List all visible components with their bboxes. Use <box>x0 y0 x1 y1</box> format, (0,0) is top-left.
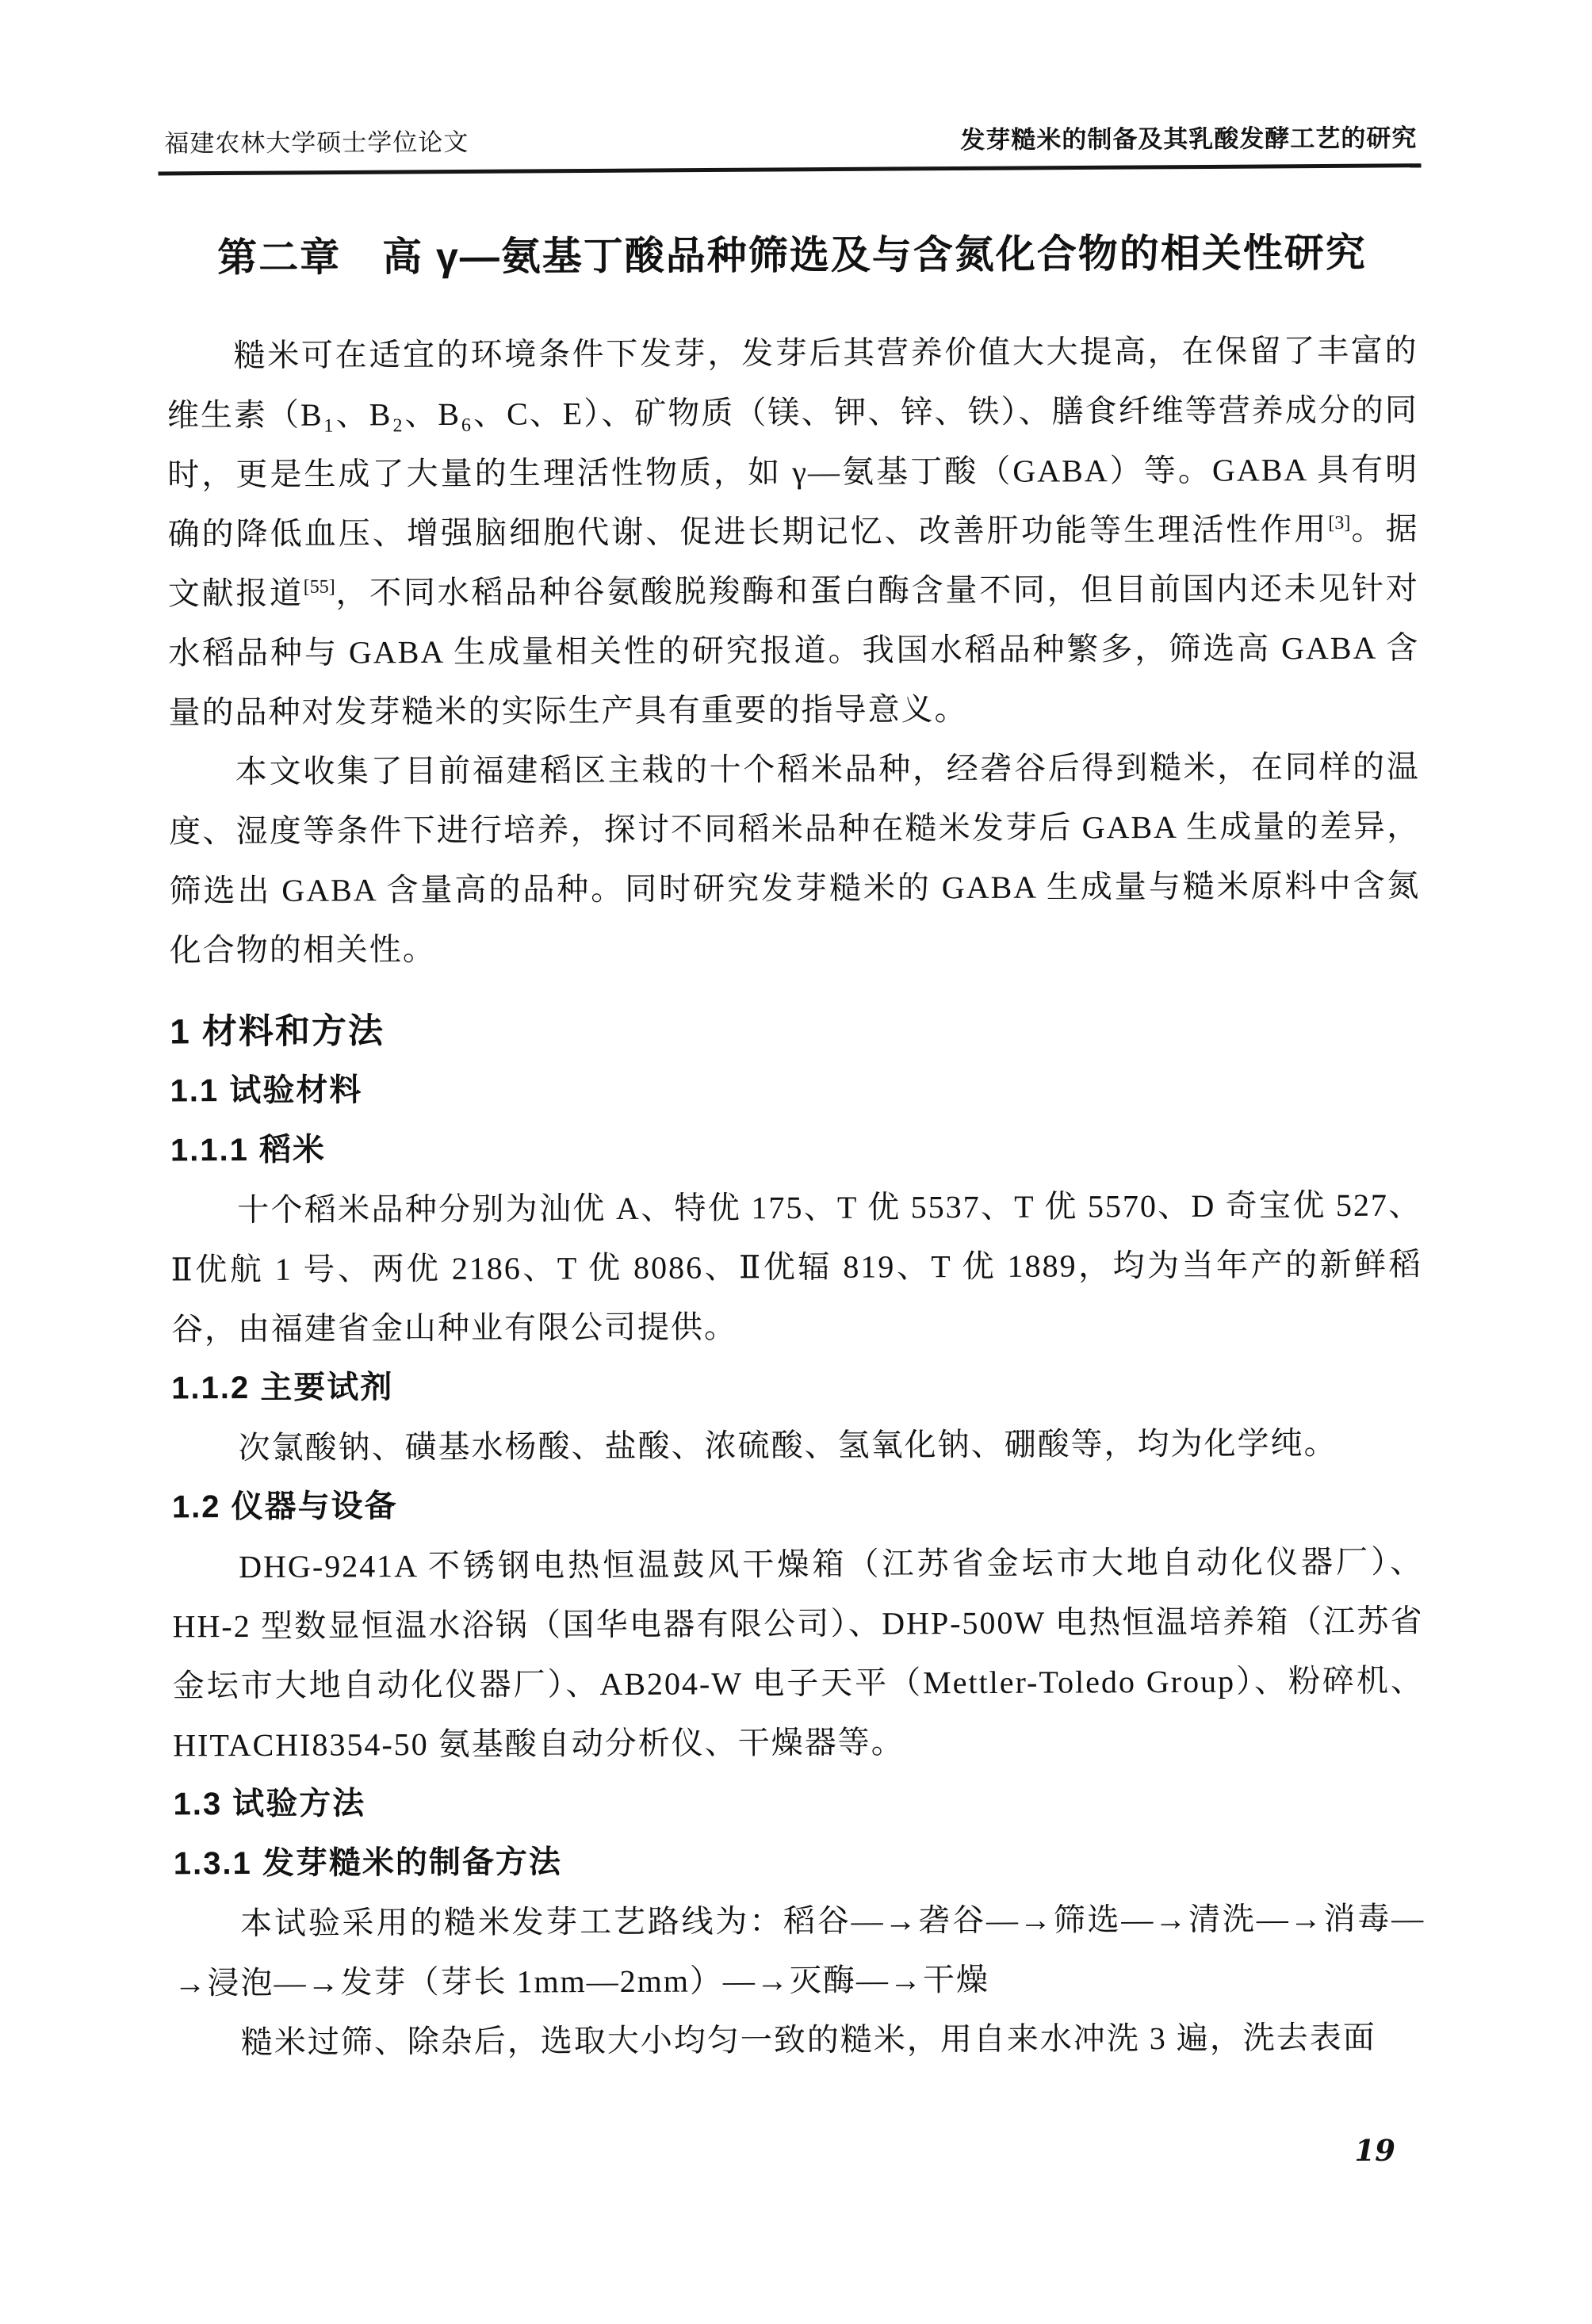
heading-germinated-rice-preparation: 1.3.1 发芽糙米的制备方法 <box>174 1829 1425 1894</box>
paragraph-equipment: DHG-9241A 不锈钢电热恒温鼓风干燥箱（江苏省金坛市大地自动化仪器厂）、H… <box>172 1532 1424 1775</box>
header-right-text: 发芽糙米的制备及其乳酸发酵工艺的研究 <box>960 118 1417 156</box>
header-left-text: 福建农林大学硕士学位论文 <box>164 122 469 159</box>
paragraph-rice-varieties: 十个稻米品种分别为汕优 A、特优 175、T 优 5537、T 优 5570、D… <box>170 1175 1422 1359</box>
paragraph-washing: 糙米过筛、除杂后，选取大小均匀一致的糙米，用自来水冲洗 3 遍，洗去表面 <box>174 2008 1426 2073</box>
header-divider-line <box>159 163 1422 175</box>
citation-55: [55] <box>304 577 335 598</box>
chapter-title: 第二章 高 γ—氨基丁酸品种筛选及与含氮化合物的相关性研究 <box>166 221 1418 284</box>
paragraph-reagents: 次氯酸钠、磺基水杨酸、盐酸、浓硫酸、氢氧化钠、硼酸等，均为化学纯。 <box>171 1413 1422 1478</box>
paragraph-intro-text-1: 糙米可在适宜的环境条件下发芽，发芽后其营养价值大大提高，在保留了丰富的维生素（B… <box>167 333 1419 552</box>
paragraph-intro-text-3: ，不同水稻品种谷氨酸脱羧酶和蛋白酶含量不同，但目前国内还未见针对水稻品种与 GA… <box>168 571 1419 731</box>
page-header: 福建农林大学硕士学位论文 发芽糙米的制备及其乳酸发酵工艺的研究 <box>164 118 1417 159</box>
page-number: 19 <box>1354 2133 1395 2168</box>
heading-main-reagents: 1.1.2 主要试剂 <box>171 1354 1422 1419</box>
paragraph-process-flow: 本试验采用的糙米发芽工艺路线为：稻谷—→砻谷—→筛选—→清洗—→消毒—→浸泡—→… <box>174 1889 1426 2013</box>
paragraph-intro: 糙米可在适宜的环境条件下发芽，发芽后其营养价值大大提高，在保留了丰富的维生素（B… <box>166 321 1419 743</box>
body-content: 糙米可在适宜的环境条件下发芽，发芽后其营养价值大大提高，在保留了丰富的维生素（B… <box>166 321 1426 2073</box>
heading-test-materials: 1.1 试验材料 <box>170 1057 1421 1122</box>
heading-instruments-equipment: 1.2 仪器与设备 <box>172 1473 1423 1538</box>
heading-rice: 1.1.1 稻米 <box>170 1116 1422 1181</box>
thesis-page: 福建农林大学硕士学位论文 发芽糙米的制备及其乳酸发酵工艺的研究 第二章 高 γ—… <box>0 0 1592 2324</box>
citation-3: [3] <box>1328 513 1350 533</box>
paragraph-overview: 本文收集了目前福建稻区主栽的十个稻米品种，经砻谷后得到糙米，在同样的温度、湿度等… <box>169 737 1421 980</box>
heading-test-methods: 1.3 试验方法 <box>173 1770 1424 1835</box>
heading-materials-and-methods: 1 材料和方法 <box>170 997 1421 1062</box>
